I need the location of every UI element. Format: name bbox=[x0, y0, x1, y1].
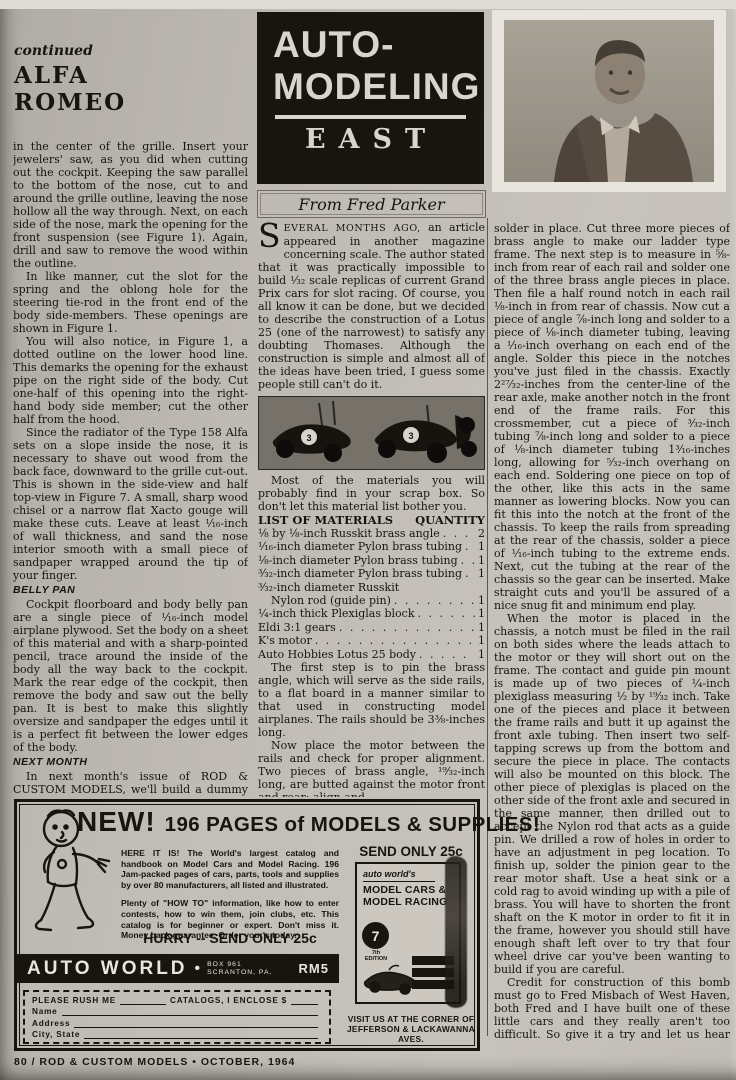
ad-headline: NEW! 196 PAGES of MODELS & SUPPLIES! bbox=[77, 806, 473, 838]
portrait-image bbox=[504, 20, 714, 182]
brand-address-line1: BOX 961 bbox=[207, 961, 242, 968]
coupon-rush-row: PLEASE RUSH ME CATALOGS, I ENCLOSE $ bbox=[32, 995, 322, 1005]
body-paragraph: In next month's issue of ROD & CUSTOM MO… bbox=[13, 770, 248, 796]
left-column: in the center of the grille. Insert your… bbox=[13, 140, 248, 796]
ad-headline-rest: 196 PAGES of MODELS & SUPPLIES! bbox=[165, 813, 540, 837]
catalog-title-2: MODEL RACING bbox=[363, 897, 453, 909]
brand-name: AUTO WORLD bbox=[27, 958, 188, 980]
slot-cars-image: 3 3 bbox=[259, 397, 484, 469]
logo-rule bbox=[275, 115, 466, 119]
materials-header-left: LIST OF MATERIALS bbox=[258, 514, 393, 527]
coupon-city-row: City, State bbox=[32, 1029, 322, 1039]
ad-copy-paragraph-1: HERE IT IS! The World's largest catalog … bbox=[121, 848, 339, 890]
ink-smudge bbox=[445, 856, 467, 1008]
brand-bullet: • bbox=[195, 960, 201, 978]
intro-lead: EVERAL MONTHS AGO, bbox=[284, 223, 421, 234]
brand-address-line2: SCRANTON, PA. bbox=[207, 969, 272, 976]
automodeling-logo: AUTO- MODELING EAST bbox=[257, 12, 484, 184]
section-heading: NEXT MONTH bbox=[13, 756, 248, 769]
intro-paragraph: SEVERAL MONTHS AGO, an article appeared … bbox=[258, 221, 485, 391]
byline-box: From Fred Parker bbox=[257, 190, 486, 218]
materials-header: LIST OF MATERIALS QUANTITY bbox=[258, 514, 485, 527]
coupon-address-label: Address bbox=[32, 1019, 70, 1028]
coupon-rush-label: PLEASE RUSH ME bbox=[32, 996, 116, 1005]
body-paragraph: Now place the motor between the rails an… bbox=[258, 739, 485, 797]
column-divider bbox=[487, 218, 488, 1036]
materials-row: Eldi 3:1 gears1 bbox=[258, 621, 485, 634]
materials-row: ¹⁄₁₆-inch diameter Pylon brass tubing1 bbox=[258, 540, 485, 553]
materials-row: ³⁄₃₂-inch diameter Pylon brass tubing1 bbox=[258, 567, 485, 580]
catalog-rule bbox=[363, 881, 435, 882]
body-paragraph: solder in place. Cut three more pieces o… bbox=[494, 222, 730, 612]
scan-edge bbox=[0, 0, 736, 9]
coupon-amount-line bbox=[291, 995, 318, 1005]
materials-row: ⅛-inch diameter Pylon brass tubing1 bbox=[258, 554, 485, 567]
svg-text:3: 3 bbox=[306, 433, 311, 443]
logo-line1: AUTO- bbox=[273, 24, 484, 66]
coupon-name-label: Name bbox=[32, 1007, 58, 1016]
page-footer: 80 / ROD & CUSTOM MODELS • OCTOBER, 1964 bbox=[14, 1056, 295, 1068]
edition-badge: 7 bbox=[362, 922, 389, 949]
materials-row: Nylon rod (guide pin)1 bbox=[258, 594, 485, 607]
brand-code: RM5 bbox=[299, 961, 329, 976]
svg-text:3: 3 bbox=[408, 431, 413, 441]
ad-headline-new: NEW! bbox=[77, 806, 156, 838]
materials-row: ¼-inch thick Plexiglas block1 bbox=[258, 607, 485, 620]
coupon-name-row: Name bbox=[32, 1006, 322, 1016]
slot-cars-photo: 3 3 bbox=[258, 396, 485, 470]
catalog-cover: auto world's MODEL CARS & MODEL RACING 7… bbox=[355, 862, 461, 1004]
coupon-address-row: Address bbox=[32, 1018, 322, 1028]
body-paragraph: Since the radiator of the Type 158 Alfa … bbox=[13, 426, 248, 582]
materials-header-right: QUANTITY bbox=[415, 514, 485, 527]
body-paragraph: in the center of the grille. Insert your… bbox=[13, 140, 248, 270]
body-paragraph: The first step is to pin the brass angle… bbox=[258, 661, 485, 739]
logo-line2: MODELING bbox=[273, 66, 484, 108]
magazine-page: continued ALFA ROMEO AUTO- MODELING EAST… bbox=[0, 0, 736, 1080]
brand-address: BOX 961 SCRANTON, PA. bbox=[207, 961, 298, 976]
continued-label: continued bbox=[14, 43, 93, 59]
coupon-qty-line bbox=[120, 995, 166, 1005]
section-heading: BELLY PAN bbox=[13, 584, 248, 597]
coupon-address-line bbox=[74, 1018, 318, 1028]
materials-row: ⅛ by ⅛-inch Russkit brass angle2 bbox=[258, 527, 485, 540]
byline-text: From Fred Parker bbox=[298, 195, 444, 214]
article-title: ALFA ROMEO bbox=[14, 62, 126, 116]
materials-row: Auto Hobbies Lotus 25 body1 bbox=[258, 648, 485, 661]
catalog-title-1: MODEL CARS & bbox=[363, 885, 453, 897]
materials-list: ⅛ by ⅛-inch Russkit brass angle2¹⁄₁₆-inc… bbox=[258, 527, 485, 661]
body-paragraph: You will also notice, in Figure 1, a dot… bbox=[13, 335, 248, 426]
materials-row: ³⁄₃₂-inch diameter Russkit bbox=[258, 581, 485, 594]
visit-note: VISIT US AT THE CORNER OF JEFFERSON & LA… bbox=[337, 1014, 485, 1044]
drop-cap: S bbox=[258, 221, 284, 249]
auto-world-ad: NEW! 196 PAGES of MODELS & SUPPLIES! HER… bbox=[14, 799, 480, 1051]
portrait-photo bbox=[492, 10, 726, 192]
ad-hurry-line: HURRY -- SEND ONLY 25c bbox=[121, 930, 339, 946]
body-paragraph: When the motor is placed in the chassis,… bbox=[494, 612, 730, 976]
logo-region-east: EAST bbox=[273, 124, 470, 155]
right-column: solder in place. Cut three more pieces o… bbox=[494, 222, 730, 1042]
catalog-brand: auto world's bbox=[363, 869, 453, 879]
middle-column: SEVERAL MONTHS AGO, an article appeared … bbox=[258, 221, 485, 797]
intro-text: an article appeared in another magazine … bbox=[258, 221, 485, 391]
coupon-name-line bbox=[62, 1006, 319, 1016]
coupon-city-line bbox=[84, 1029, 318, 1039]
brand-bar: AUTO WORLD • BOX 961 SCRANTON, PA. RM5 bbox=[17, 954, 339, 983]
coupon-catalogs-label: CATALOGS, I ENCLOSE $ bbox=[170, 996, 287, 1005]
materials-row: K's motor1 bbox=[258, 634, 485, 647]
order-coupon: PLEASE RUSH ME CATALOGS, I ENCLOSE $ Nam… bbox=[23, 990, 331, 1044]
middle-column-tail: The first step is to pin the brass angle… bbox=[258, 661, 485, 797]
coupon-city-label: City, State bbox=[32, 1030, 80, 1039]
body-paragraph: Credit for construction of this bomb mus… bbox=[494, 976, 730, 1042]
body-paragraph: Cockpit floorboard and body belly pan ar… bbox=[13, 598, 248, 754]
body-paragraph: In like manner, cut the slot for the spr… bbox=[13, 270, 248, 335]
materials-intro: Most of the materials you will probably … bbox=[258, 474, 485, 513]
